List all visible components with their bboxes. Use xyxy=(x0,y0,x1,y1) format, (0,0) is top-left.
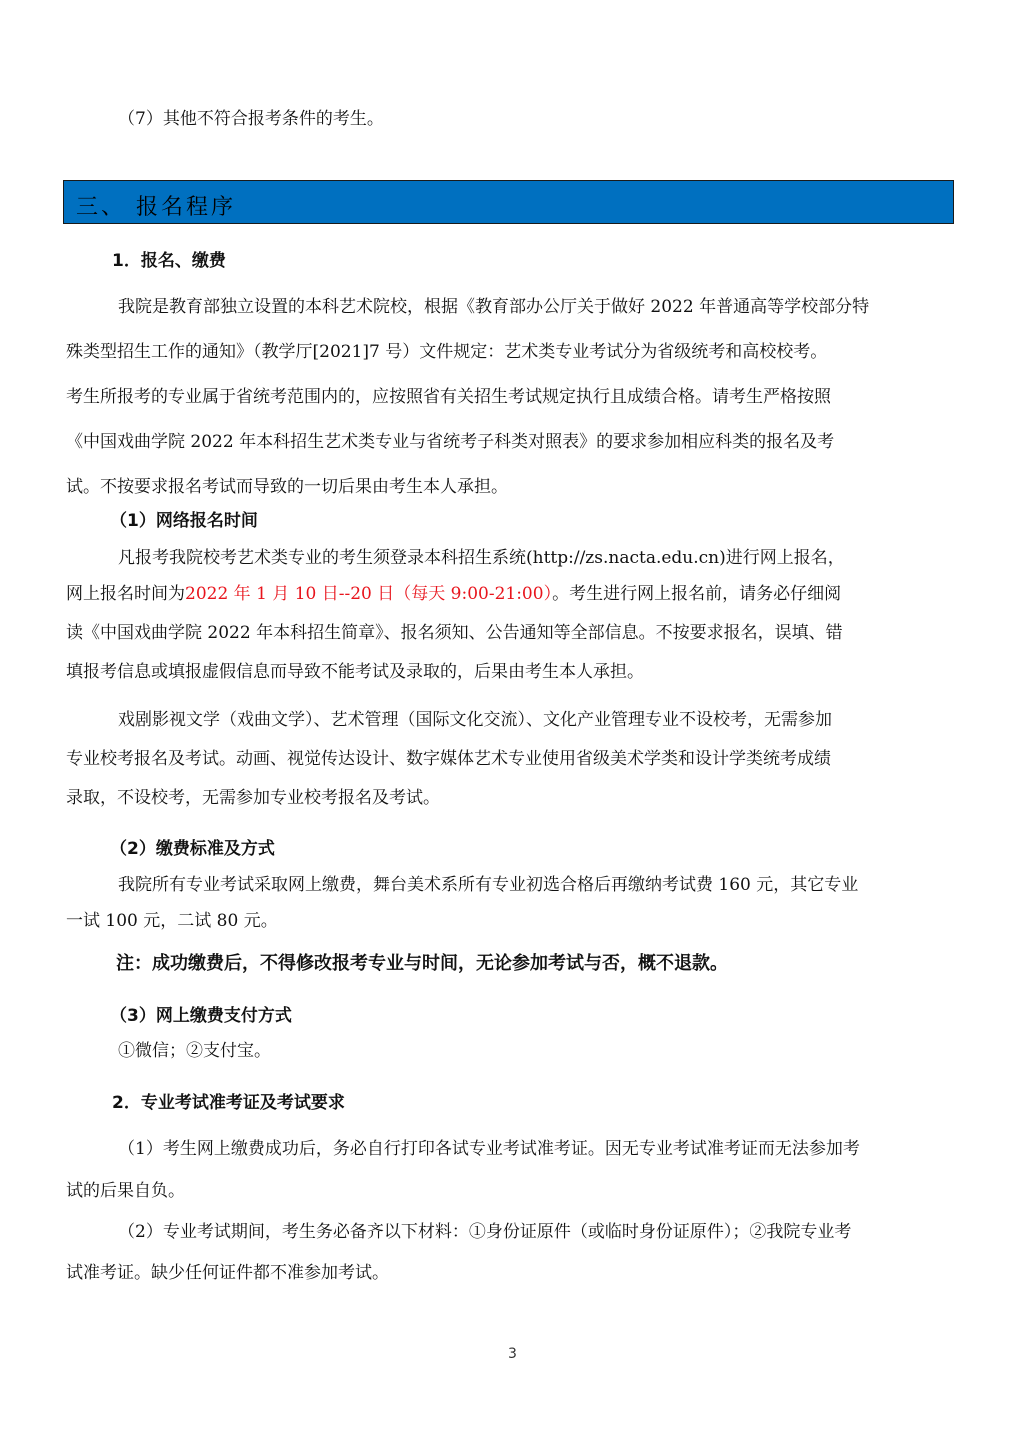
paragraph-line: 填报考信息或填报虚假信息而导致不能考试及录取的，后果由考生本人承担。 xyxy=(66,661,644,683)
text: 。考生进行网上报名前，请务必仔细阅 xyxy=(552,584,841,604)
subheading-online-registration-time: （1）网络报名时间 xyxy=(110,510,258,532)
paragraph-line: 《中国戏曲学院 2022 年本科招生艺术类专业与省统考子科类对照表》的要求参加相… xyxy=(66,431,834,453)
paragraph-line: 试。不按要求报名考试而导致的一切后果由考生本人承担。 xyxy=(66,476,508,498)
paragraph-line: 凡报考我院校考艺术类专业的考生须登录本科招生系统(http://zs.nacta… xyxy=(118,547,845,569)
paragraph-line: 试的后果自负。 xyxy=(66,1180,185,1202)
heading-registration-fee: 1．报名、缴费 xyxy=(112,250,226,272)
heading-admission-ticket: 2．专业考试准考证及考试要求 xyxy=(112,1092,345,1114)
registration-time-line: 网上报名时间为2022 年 1 月 10 日--20 日（每天 9:00-21:… xyxy=(66,583,841,605)
paragraph-line: 殊类型招生工作的通知》（教学厅[2021]7 号）文件规定：艺术类专业考试分为省… xyxy=(66,341,827,363)
section-title: 三、 报名程序 xyxy=(76,190,236,221)
paragraph-line: 考生所报考的专业属于省统考范围内的，应按照省有关招生考试规定执行且成绩合格。请考… xyxy=(66,386,831,408)
paragraph-line: 录取，不设校考，无需参加专业校考报名及考试。 xyxy=(66,787,440,809)
paragraph-line: 读《中国戏曲学院 2022 年本科招生简章》、报名须知、公告通知等全部信息。不按… xyxy=(66,622,843,644)
subheading-fee-standard: （2）缴费标准及方式 xyxy=(110,838,275,860)
paragraph-line: （2）专业考试期间，考生务必备齐以下材料：①身份证原件（或临时身份证原件）；②我… xyxy=(118,1221,851,1243)
subheading-payment-method: （3）网上缴费支付方式 xyxy=(110,1005,292,1027)
paragraph-line: （1）考生网上缴费成功后，务必自行打印各试专业考试准考证。因无专业考试准考证而无… xyxy=(118,1138,860,1160)
paragraph-line: 我院所有专业考试采取网上缴费，舞台美术系所有专业初选合格后再缴纳考试费 160 … xyxy=(118,874,858,896)
registration-period-highlight: 2022 年 1 月 10 日--20 日（每天 9:00-21:00） xyxy=(185,584,552,604)
page-number: 3 xyxy=(508,1346,517,1362)
paragraph-line: 试准考证。缺少任何证件都不准参加考试。 xyxy=(66,1262,389,1284)
paragraph-line: 专业校考报名及考试。动画、视觉传达设计、数字媒体艺术专业使用省级美术学类和设计学… xyxy=(66,748,831,770)
paragraph-line: 我院是教育部独立设置的本科艺术院校，根据《教育部办公厅关于做好 2022 年普通… xyxy=(118,296,869,318)
text: 网上报名时间为 xyxy=(66,584,185,604)
item-7: （7）其他不符合报考条件的考生。 xyxy=(118,108,384,130)
section-header-bar: 三、 报名程序 xyxy=(63,180,954,224)
paragraph-line: 戏剧影视文学（戏曲文学）、艺术管理（国际文化交流）、文化产业管理专业不设校考，无… xyxy=(118,709,832,731)
payment-methods: ①微信；②支付宝。 xyxy=(118,1040,271,1062)
paragraph-line: 一试 100 元，二试 80 元。 xyxy=(66,910,278,932)
refund-note: 注：成功缴费后，不得修改报考专业与时间，无论参加考试与否，概不退款。 xyxy=(116,953,728,975)
